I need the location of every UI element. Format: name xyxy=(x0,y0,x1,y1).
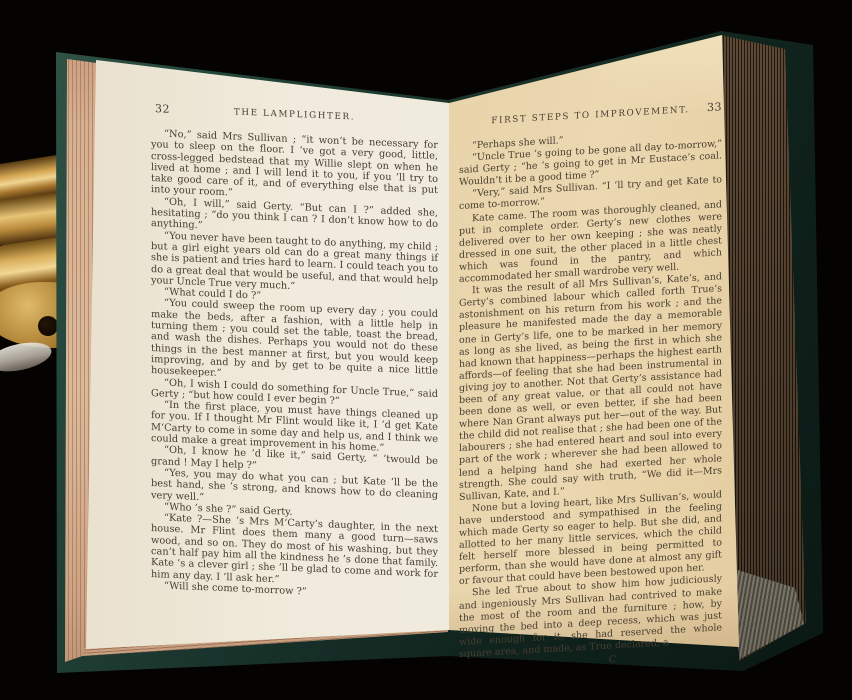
paragraph: She led True about to show him how judic… xyxy=(459,574,722,661)
book-photo: 32 THE LAMPLIGHTER. “No,” said Mrs Sulli… xyxy=(0,0,852,700)
page-number: 33 xyxy=(707,101,722,114)
paragraph: “No,” said Mrs Sullivan ; “it won’t be n… xyxy=(151,128,438,208)
page-number: 32 xyxy=(155,103,170,115)
right-page-text: FIRST STEPS TO IMPROVEMENT. 33 “Perhaps … xyxy=(459,102,722,675)
paragraph: “Kate ?—She ’s Mrs M‘Carty’s daughter, i… xyxy=(151,512,438,592)
paragraph: None but a loving heart, like Mrs Sulliv… xyxy=(459,489,722,588)
paragraph: It was the result of all Mrs Sullivan’s,… xyxy=(459,271,722,503)
left-page-text: 32 THE LAMPLIGHTER. “No,” said Mrs Sulli… xyxy=(151,104,438,603)
paragraph: “You could sweep the room up every day ;… xyxy=(151,297,438,388)
